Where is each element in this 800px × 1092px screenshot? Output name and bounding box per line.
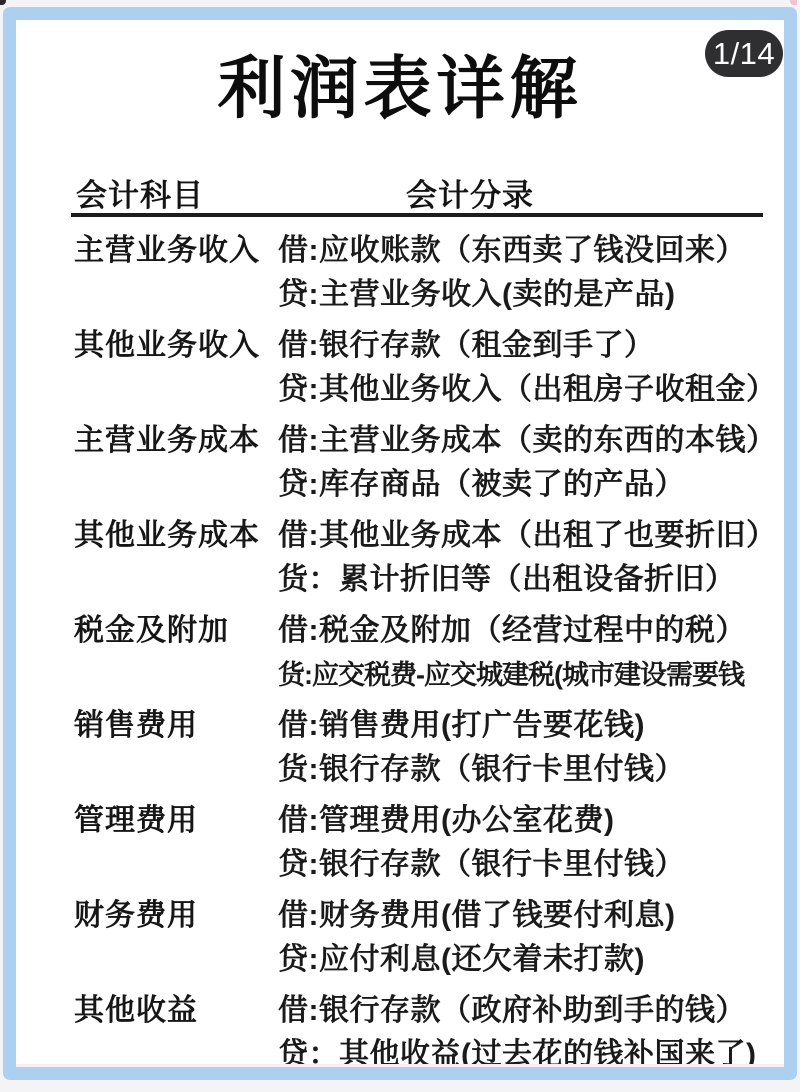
debit-entry: 借:应收账款（东西卖了钱没回来）	[278, 229, 770, 273]
credit-entry: 贷:库存商品（被卖了的产品）	[278, 463, 770, 507]
subject-cell: 其他业务收入	[74, 324, 278, 412]
entries-cell: 借:银行存款（政府补助到手的钱） 贷：其他收益(过去花的钱补国来了)	[278, 989, 770, 1067]
table-row: 税金及附加 借:税金及附加（经营过程中的税） 货:应交税费-应交城建税(城市建设…	[74, 609, 770, 697]
credit-entry: 贷:主营业务收入(卖的是产品)	[278, 273, 770, 317]
debit-entry: 借:财务费用(借了钱要付利息)	[278, 894, 770, 938]
subject-cell: 主营业务收入	[74, 229, 278, 317]
entries-cell: 借:其他业务成本（出租了也要折旧） 货：累计折旧等（出租设备折旧）	[278, 514, 770, 602]
entries-cell: 借:银行存款（租金到手了） 贷:其他业务收入（出租房子收租金）	[278, 324, 770, 412]
debit-entry: 借:税金及附加（经营过程中的税）	[278, 609, 770, 653]
entries-cell: 借:税金及附加（经营过程中的税） 货:应交税费-应交城建税(城市建设需要钱	[278, 609, 770, 697]
credit-entry: 货：累计折旧等（出租设备折旧）	[278, 558, 770, 602]
credit-entry: 贷：其他收益(过去花的钱补国来了)	[278, 1033, 770, 1067]
table-row: 主营业务成本 借:主营业务成本（卖的东西的本钱） 贷:库存商品（被卖了的产品）	[74, 419, 770, 507]
subject-cell: 主营业务成本	[74, 419, 278, 507]
subject-cell: 税金及附加	[74, 609, 278, 697]
table-row: 其他业务成本 借:其他业务成本（出租了也要折旧） 货：累计折旧等（出租设备折旧）	[74, 514, 770, 602]
credit-entry: 贷:其他业务收入（出租房子收租金）	[278, 368, 770, 412]
column-header-subject: 会计科目	[76, 170, 204, 215]
subject-cell: 其他收益	[74, 989, 278, 1067]
subject-cell: 销售费用	[74, 704, 278, 792]
entries-cell: 借:销售费用(打广告要花钱) 货:银行存款（银行卡里付钱）	[278, 704, 770, 792]
entries-cell: 借:应收账款（东西卖了钱没回来） 贷:主营业务收入(卖的是产品)	[278, 229, 770, 317]
image-viewer-page: 利润表详解 会计科目 会计分录 主营业务收入 借:应收账款（东西卖了钱没回来） …	[0, 0, 800, 1092]
subject-cell: 财务费用	[74, 894, 278, 982]
image-content: 利润表详解 会计科目 会计分录 主营业务收入 借:应收账款（东西卖了钱没回来） …	[16, 20, 784, 1067]
credit-entry: 货:应交税费-应交城建税(城市建设需要钱	[278, 653, 770, 697]
debit-entry: 借:管理费用(办公室花费)	[278, 799, 770, 843]
corner-artifact-right	[790, 0, 797, 5]
column-header-entries: 会计分录	[406, 170, 534, 215]
table-row: 主营业务收入 借:应收账款（东西卖了钱没回来） 贷:主营业务收入(卖的是产品)	[74, 229, 770, 317]
table-body: 主营业务收入 借:应收账款（东西卖了钱没回来） 贷:主营业务收入(卖的是产品) …	[74, 229, 770, 1067]
debit-entry: 借:其他业务成本（出租了也要折旧）	[278, 514, 770, 558]
table-row: 其他收益 借:银行存款（政府补助到手的钱） 贷：其他收益(过去花的钱补国来了)	[74, 989, 770, 1067]
debit-entry: 借:银行存款（租金到手了）	[278, 324, 770, 368]
debit-entry: 借:主营业务成本（卖的东西的本钱）	[278, 419, 770, 463]
table-row: 其他业务收入 借:银行存款（租金到手了） 贷:其他业务收入（出租房子收租金）	[74, 324, 770, 412]
corner-artifact-left	[0, 0, 6, 5]
page-title: 利润表详解	[16, 52, 784, 127]
debit-entry: 借:销售费用(打广告要花钱)	[278, 704, 770, 748]
header-divider	[71, 213, 763, 217]
entries-cell: 借:管理费用(办公室花费) 贷:银行存款（银行卡里付钱）	[278, 799, 770, 887]
table-row: 财务费用 借:财务费用(借了钱要付利息) 贷:应付利息(还欠着未打款)	[74, 894, 770, 982]
credit-entry: 货:银行存款（银行卡里付钱）	[278, 748, 770, 792]
subject-cell: 管理费用	[74, 799, 278, 887]
credit-entry: 贷:银行存款（银行卡里付钱）	[278, 843, 770, 887]
table-row: 管理费用 借:管理费用(办公室花费) 贷:银行存款（银行卡里付钱）	[74, 799, 770, 887]
entries-cell: 借:主营业务成本（卖的东西的本钱） 贷:库存商品（被卖了的产品）	[278, 419, 770, 507]
debit-entry: 借:银行存款（政府补助到手的钱）	[278, 989, 770, 1033]
page-counter-badge: 1/14	[705, 30, 783, 77]
credit-entry: 贷:应付利息(还欠着未打款)	[278, 938, 770, 982]
image-card[interactable]: 利润表详解 会计科目 会计分录 主营业务收入 借:应收账款（东西卖了钱没回来） …	[3, 7, 797, 1080]
entries-cell: 借:财务费用(借了钱要付利息) 贷:应付利息(还欠着未打款)	[278, 894, 770, 982]
table-row: 销售费用 借:销售费用(打广告要花钱) 货:银行存款（银行卡里付钱）	[74, 704, 770, 792]
subject-cell: 其他业务成本	[74, 514, 278, 602]
